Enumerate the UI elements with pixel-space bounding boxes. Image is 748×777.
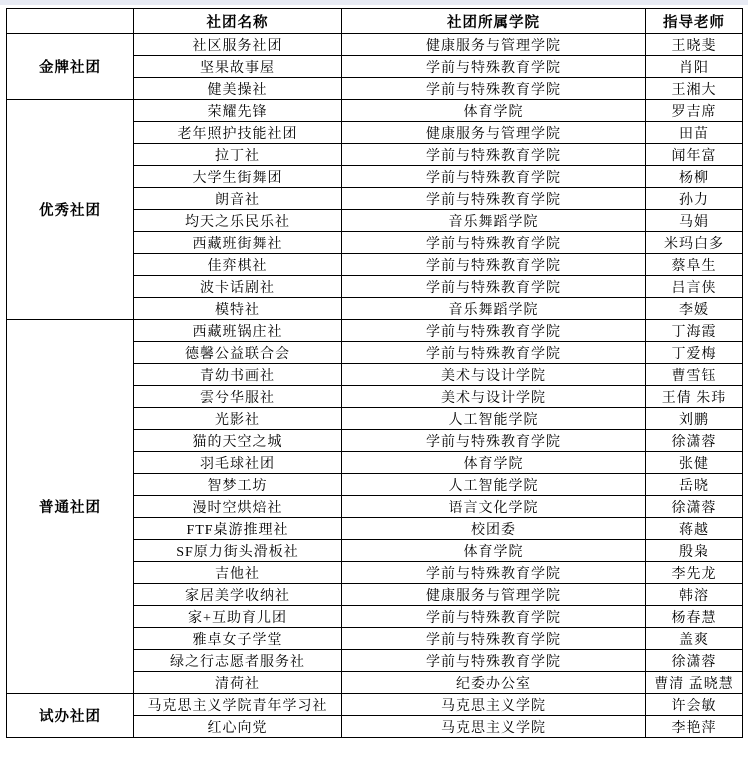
club-name-cell: 雲兮华服社 [134, 386, 342, 408]
teacher-cell: 徐潇蓉 [646, 650, 743, 672]
club-name-cell: 猫的天空之城 [134, 430, 342, 452]
teacher-cell: 曹清 孟晓慧 [646, 672, 743, 694]
club-name-cell: 德馨公益联合会 [134, 342, 342, 364]
teacher-cell: 李艳萍 [646, 716, 743, 738]
club-name-cell: 社区服务社团 [134, 34, 342, 56]
college-cell: 学前与特殊教育学院 [342, 320, 646, 342]
college-cell: 健康服务与管理学院 [342, 584, 646, 606]
category-cell: 金牌社团 [7, 34, 134, 100]
club-name-cell: 朗音社 [134, 188, 342, 210]
college-cell: 学前与特殊教育学院 [342, 276, 646, 298]
teacher-cell: 刘鹏 [646, 408, 743, 430]
teacher-cell: 肖阳 [646, 56, 743, 78]
teacher-cell: 岳晓 [646, 474, 743, 496]
club-name-cell: 吉他社 [134, 562, 342, 584]
club-name-cell: 红心向党 [134, 716, 342, 738]
college-cell: 人工智能学院 [342, 474, 646, 496]
teacher-cell: 韩溶 [646, 584, 743, 606]
club-table: 社团名称 社团所属学院 指导老师 金牌社团社区服务社团健康服务与管理学院王晓斐坚… [6, 8, 743, 738]
college-cell: 体育学院 [342, 100, 646, 122]
club-name-cell: 马克思主义学院青年学习社 [134, 694, 342, 716]
club-name-cell: 绿之行志愿者服务社 [134, 650, 342, 672]
teacher-cell: 杨春慧 [646, 606, 743, 628]
table-row: 普通社团西藏班锅庄社学前与特殊教育学院丁海霞 [7, 320, 743, 342]
teacher-cell: 闻年富 [646, 144, 743, 166]
college-cell: 体育学院 [342, 540, 646, 562]
college-cell: 学前与特殊教育学院 [342, 56, 646, 78]
teacher-cell: 丁海霞 [646, 320, 743, 342]
college-cell: 马克思主义学院 [342, 716, 646, 738]
college-cell: 纪委办公室 [342, 672, 646, 694]
college-cell: 人工智能学院 [342, 408, 646, 430]
college-cell: 校团委 [342, 518, 646, 540]
teacher-cell: 马娟 [646, 210, 743, 232]
club-name-cell: 荣耀先锋 [134, 100, 342, 122]
club-name-cell: 青幼书画社 [134, 364, 342, 386]
teacher-cell: 丁爱梅 [646, 342, 743, 364]
teacher-cell: 许会敏 [646, 694, 743, 716]
category-cell: 试办社团 [7, 694, 134, 738]
club-name-cell: 模特社 [134, 298, 342, 320]
header-row: 社团名称 社团所属学院 指导老师 [7, 9, 743, 34]
club-name-cell: FTF桌游推理社 [134, 518, 342, 540]
club-name-cell: 均天之乐民乐社 [134, 210, 342, 232]
category-cell: 普通社团 [7, 320, 134, 694]
teacher-cell: 徐潇蓉 [646, 496, 743, 518]
header-teacher: 指导老师 [646, 9, 743, 34]
club-name-cell: 光影社 [134, 408, 342, 430]
club-name-cell: 羽毛球社团 [134, 452, 342, 474]
college-cell: 语言文化学院 [342, 496, 646, 518]
teacher-cell: 杨柳 [646, 166, 743, 188]
table-row: 优秀社团荣耀先锋体育学院罗吉席 [7, 100, 743, 122]
club-table-body: 金牌社团社区服务社团健康服务与管理学院王晓斐坚果故事屋学前与特殊教育学院肖阳健美… [7, 34, 743, 738]
college-cell: 学前与特殊教育学院 [342, 562, 646, 584]
college-cell: 体育学院 [342, 452, 646, 474]
club-name-cell: 漫时空烘焙社 [134, 496, 342, 518]
teacher-cell: 张健 [646, 452, 743, 474]
club-name-cell: 佳弈棋社 [134, 254, 342, 276]
college-cell: 学前与特殊教育学院 [342, 628, 646, 650]
club-name-cell: 大学生街舞团 [134, 166, 342, 188]
table-row: 试办社团马克思主义学院青年学习社马克思主义学院许会敏 [7, 694, 743, 716]
college-cell: 学前与特殊教育学院 [342, 78, 646, 100]
teacher-cell: 吕言侠 [646, 276, 743, 298]
teacher-cell: 蔡阜生 [646, 254, 743, 276]
college-cell: 学前与特殊教育学院 [342, 188, 646, 210]
college-cell: 学前与特殊教育学院 [342, 430, 646, 452]
teacher-cell: 盖爽 [646, 628, 743, 650]
club-name-cell: 家居美学收纳社 [134, 584, 342, 606]
club-name-cell: 拉丁社 [134, 144, 342, 166]
club-name-cell: 清荷社 [134, 672, 342, 694]
club-name-cell: 健美操社 [134, 78, 342, 100]
college-cell: 健康服务与管理学院 [342, 34, 646, 56]
club-name-cell: 家+互助育儿团 [134, 606, 342, 628]
club-name-cell: 波卡话剧社 [134, 276, 342, 298]
college-cell: 学前与特殊教育学院 [342, 254, 646, 276]
college-cell: 马克思主义学院 [342, 694, 646, 716]
header-club-name: 社团名称 [134, 9, 342, 34]
club-table-head: 社团名称 社团所属学院 指导老师 [7, 9, 743, 34]
teacher-cell: 田苗 [646, 122, 743, 144]
college-cell: 学前与特殊教育学院 [342, 232, 646, 254]
header-college: 社团所属学院 [342, 9, 646, 34]
header-category [7, 9, 134, 34]
category-cell: 优秀社团 [7, 100, 134, 320]
club-name-cell: 智梦工坊 [134, 474, 342, 496]
club-name-cell: 西藏班锅庄社 [134, 320, 342, 342]
teacher-cell: 殷枭 [646, 540, 743, 562]
teacher-cell: 蒋越 [646, 518, 743, 540]
club-name-cell: 老年照护技能社团 [134, 122, 342, 144]
college-cell: 健康服务与管理学院 [342, 122, 646, 144]
teacher-cell: 王晓斐 [646, 34, 743, 56]
club-name-cell: 雅卓女子学堂 [134, 628, 342, 650]
college-cell: 学前与特殊教育学院 [342, 606, 646, 628]
teacher-cell: 罗吉席 [646, 100, 743, 122]
teacher-cell: 曹雪钰 [646, 364, 743, 386]
college-cell: 美术与设计学院 [342, 364, 646, 386]
teacher-cell: 米玛白多 [646, 232, 743, 254]
college-cell: 学前与特殊教育学院 [342, 144, 646, 166]
college-cell: 美术与设计学院 [342, 386, 646, 408]
teacher-cell: 孙力 [646, 188, 743, 210]
teacher-cell: 王倩 朱玮 [646, 386, 743, 408]
club-name-cell: 西藏班街舞社 [134, 232, 342, 254]
table-row: 金牌社团社区服务社团健康服务与管理学院王晓斐 [7, 34, 743, 56]
teacher-cell: 李先龙 [646, 562, 743, 584]
college-cell: 音乐舞蹈学院 [342, 298, 646, 320]
club-name-cell: SF原力街头滑板社 [134, 540, 342, 562]
club-table-container: 社团名称 社团所属学院 指导老师 金牌社团社区服务社团健康服务与管理学院王晓斐坚… [0, 5, 748, 738]
teacher-cell: 徐潇蓉 [646, 430, 743, 452]
college-cell: 学前与特殊教育学院 [342, 342, 646, 364]
teacher-cell: 王湘大 [646, 78, 743, 100]
college-cell: 音乐舞蹈学院 [342, 210, 646, 232]
college-cell: 学前与特殊教育学院 [342, 166, 646, 188]
teacher-cell: 李媛 [646, 298, 743, 320]
college-cell: 学前与特殊教育学院 [342, 650, 646, 672]
club-name-cell: 坚果故事屋 [134, 56, 342, 78]
